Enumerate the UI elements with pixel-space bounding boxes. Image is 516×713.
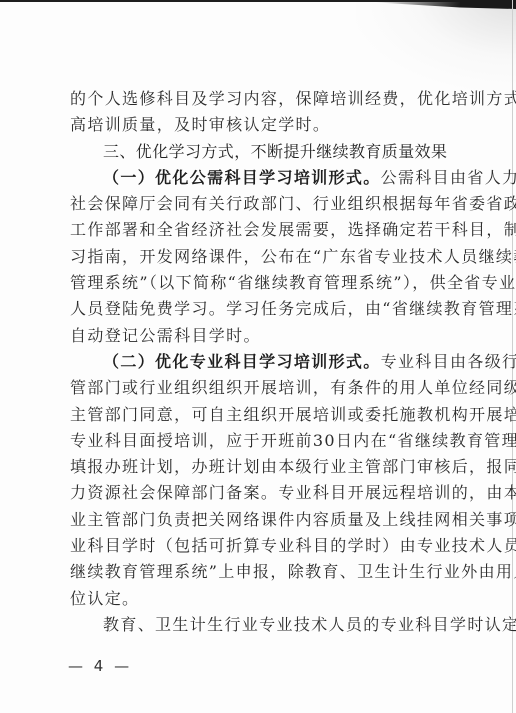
subsection-title: （一）优化公需科目学习培训形式。 [103,168,381,187]
text-line: 的个人选修科目及学习内容，保障培训经费，优化培训方式，提 [70,86,454,112]
text-line: 位认定。 [70,586,454,612]
subsection-paragraph-start: （一）优化公需科目学习培训形式。公需科目由省人力资源 [70,165,454,191]
text-line: 管部门或行业组织组织开展培训，有条件的用人单位经同级行业 [70,375,454,401]
text-line: 工作部署和全省经济社会发展需要，选择确定若干科目，制定学 [70,217,454,243]
text-line: 业科目学时（包括可折算专业科目的学时）由专业技术人员在“省 [70,533,454,559]
text-line: 习指南，开发网络课件，公布在“广东省专业技术人员继续教育 [70,244,454,270]
document-page: 的个人选修科目及学习内容，保障培训经费，优化培训方式，提 高培训质量，及时审核认… [0,0,516,713]
text-line: 人员登陆免费学习。学习任务完成后，由“省继续教育管理系统” [70,296,454,322]
section-heading: 三、优化学习方式，不断提升继续教育质量效果 [70,139,454,165]
scan-shadow [356,0,516,90]
subsection-paragraph-start: （二）优化专业科目学习培训形式。专业科目由各级行业主 [70,349,454,375]
document-body: 的个人选修科目及学习内容，保障培训经费，优化培训方式，提 高培训质量，及时审核认… [70,86,454,638]
text-line: 主管部门同意，可自主组织开展培训或委托施教机构开展培训。 [70,402,454,428]
text-line: 高培训质量，及时审核认定学时。 [70,112,454,138]
text-run: 公需科目由省人力资源 [381,168,516,187]
text-line: 专业科目面授培训，应于开班前30日内在“省继续教育管理系统” [70,428,454,454]
text-line: 力资源社会保障部门备案。专业科目开展远程培训的，由本级行 [70,480,454,506]
text-line: 自动登记公需科目学时。 [70,323,454,349]
paragraph-start: 教育、卫生计生行业专业技术人员的专业科目学时认定，由 [70,612,454,638]
text-line: 继续教育管理系统”上申报，除教育、卫生计生行业外由用人单 [70,559,454,585]
text-line: 业主管部门负责把关网络课件内容质量及上线挂网相关事项。专 [70,507,454,533]
subsection-title: （二）优化专业科目学习培训形式。 [103,352,381,371]
text-run: 专业科目由各级行业主 [381,352,516,371]
text-line: 管理系统”（以下简称“省继续教育管理系统”），供全省专业技术 [70,270,454,296]
text-line: 填报办班计划，办班计划由本级行业主管部门审核后，报同级人 [70,454,454,480]
text-line: 社会保障厅会同有关行政部门、行业组织根据每年省委省政府的 [70,191,454,217]
page-number: — 4 — [68,657,132,675]
